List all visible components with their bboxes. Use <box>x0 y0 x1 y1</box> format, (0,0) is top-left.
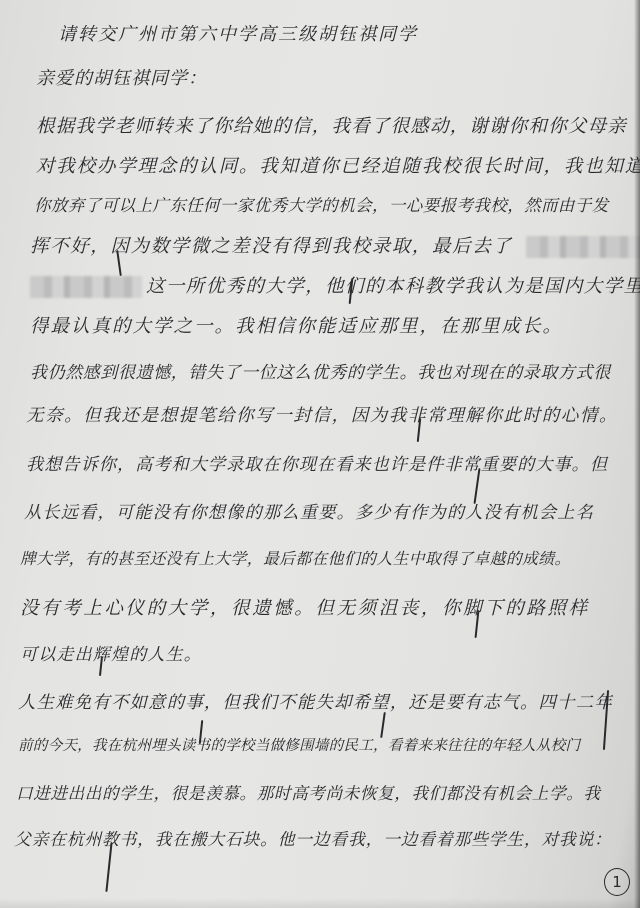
body-line-2: 对我校办学理念的认同。我知道你已经追随我校很长时间，我也知道 <box>36 152 640 178</box>
body-line-4-text: 挥不好，因为数学微之差没有得到我校录取，最后去了 <box>30 236 512 257</box>
body-line-15: 前的今天，我在杭州埋头读书的学校当做修围墙的民工，看着来来往往的年轻人从校门 <box>18 734 580 755</box>
body-line-14: 人生难免有不如意的事，但我们不能失却希望，还是要有志气。四十二年 <box>18 688 613 713</box>
redacted-school-name-part1 <box>526 236 640 258</box>
body-line-17: 父亲在杭州教书，我在搬大石块。他一边看我，一边看着那些学生，对我说： <box>14 826 612 850</box>
body-line-4: 挥不好，因为数学微之差没有得到我校录取，最后去了 <box>30 232 640 258</box>
salutation: 亲爱的胡钰祺同学： <box>36 64 207 90</box>
redacted-school-name-part2 <box>30 276 142 298</box>
body-line-11: 牌大学，有的甚至还没有上大学，最后都在他们的人生中取得了卓越的成绩。 <box>20 546 571 569</box>
body-line-7: 我仍然感到很遗憾，错失了一位这么优秀的学生。我也对现在的录取方式很 <box>30 358 611 383</box>
body-line-13: 可以走出辉煌的人生。 <box>20 640 202 665</box>
body-line-10: 从长远看，可能没有你想像的那么重要。多少有作为的人没有机会上名 <box>24 498 594 523</box>
body-line-5: 这一所优秀的大学，他们的本科教学我认为是国内大学里做 <box>30 272 640 298</box>
address-line: 请转交广州市第六中学高三级胡钰祺同学 <box>58 20 418 46</box>
body-line-9: 我想告诉你，高考和大学录取在你现在看来也许是件非常重要的大事。但 <box>26 450 608 475</box>
paper-edge-shadow <box>0 898 640 908</box>
page-number-badge: 1 <box>604 868 630 896</box>
body-line-12: 没有考上心仪的大学，很遗憾。但无须沮丧，你脚下的路照样 <box>20 594 590 620</box>
body-line-5-text: 这一所优秀的大学，他们的本科教学我认为是国内大学里做 <box>146 276 640 297</box>
body-line-16: 口进进出出的学生，很是羡慕。那时高考尚未恢复，我们都没有机会上学。我 <box>16 780 601 804</box>
body-line-1: 根据我学老师转来了你给她的信，我看了很感动，谢谢你和你父母亲 <box>36 112 627 138</box>
body-line-3: 你放弃了可以上广东任何一家优秀大学的机会，一心要报考我校，然而由于发 <box>34 192 609 216</box>
body-line-6: 得最认真的大学之一。我相信你能适应那里，在那里成长。 <box>30 312 563 338</box>
body-line-8: 无奈。但我还是想提笔给你写一封信，因为我非常理解你此时的心情。 <box>26 402 618 427</box>
letter-photo: 请转交广州市第六中学高三级胡钰祺同学 亲爱的胡钰祺同学： 根据我学老师转来了你给… <box>0 0 640 908</box>
